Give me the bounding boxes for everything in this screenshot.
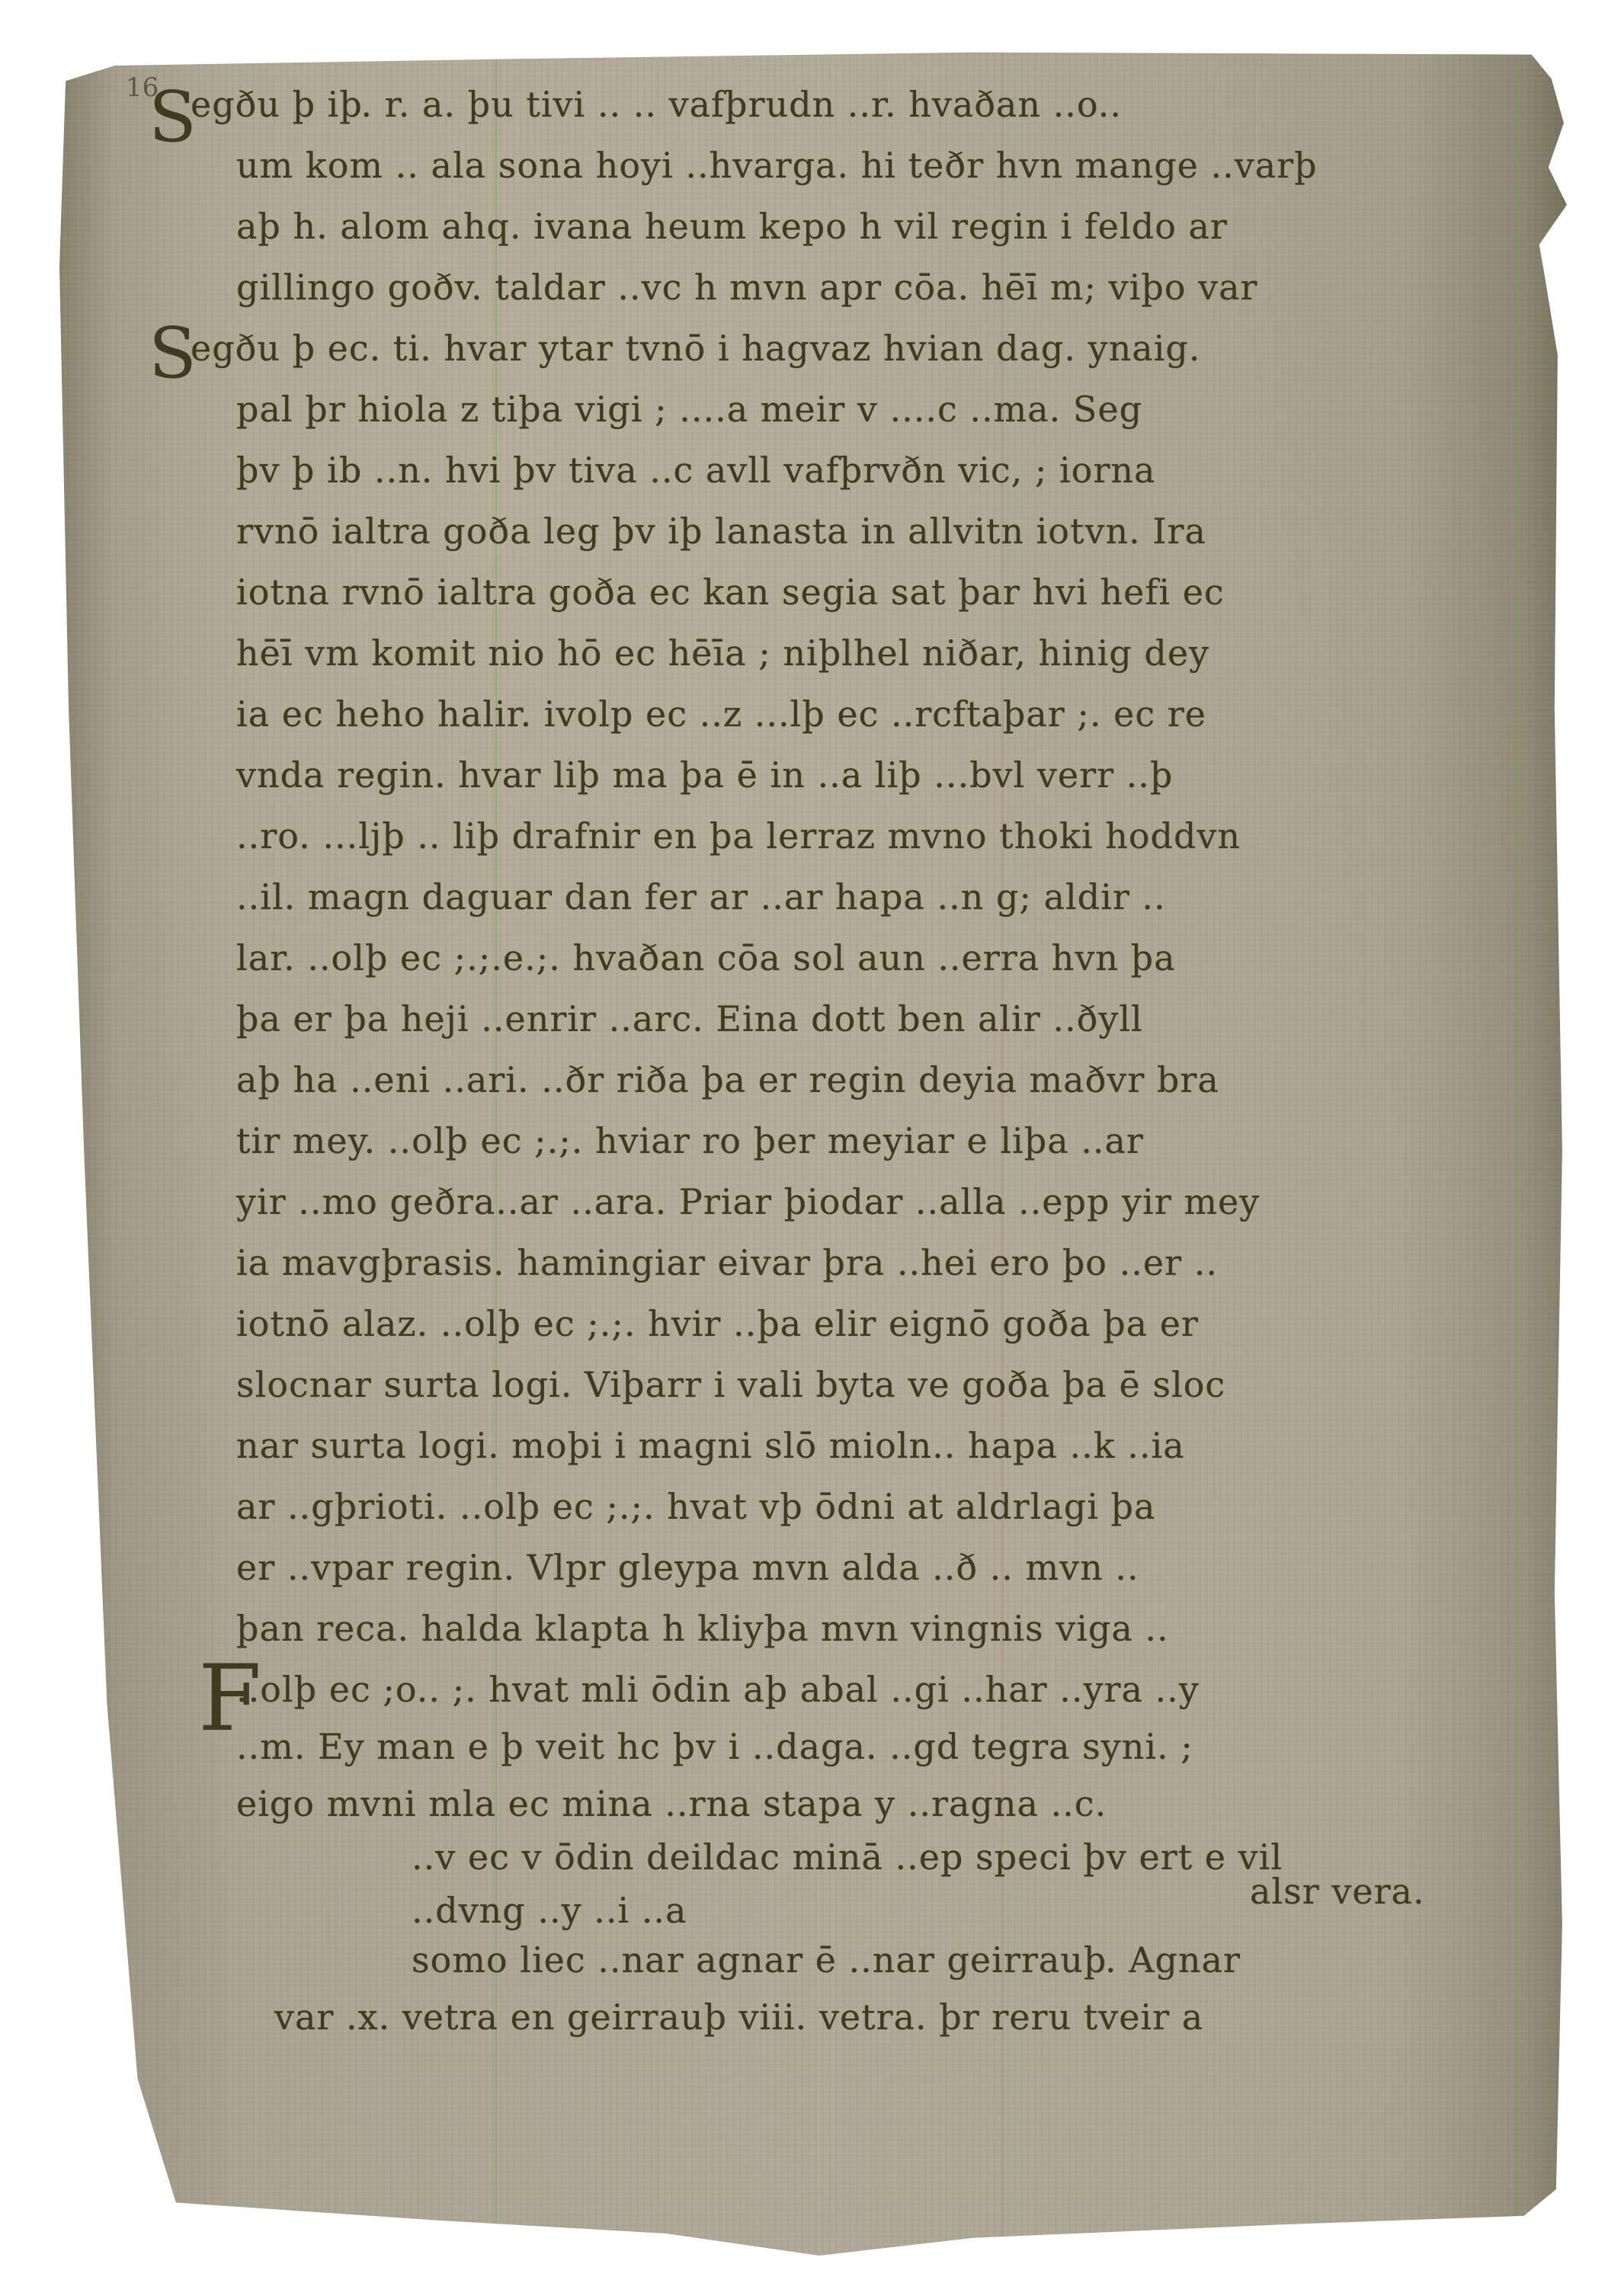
text-line: ..ro. ...ljþ .. liþ drafnir en þa lerraz… (236, 815, 1241, 857)
text-line: egðu þ ec. ti. hvar ytar tvnō i hagvaz h… (191, 328, 1200, 369)
text-line: ..il. magn daguar dan fer ar ..ar hapa .… (236, 876, 1166, 917)
text-line: ..dvng ..y ..i ..a (412, 1890, 687, 1931)
text-line: ia ec heho halir. ivolp ec ..z ...lþ ec … (236, 693, 1206, 735)
text-line: pal þr hiola z tiþa vigi ; ....a meir v … (236, 389, 1142, 430)
text-line: um kom .. ala sona hoyi ..hvarga. hi teð… (236, 145, 1318, 186)
text-line: iotna rvnō ialtra goða ec kan segia sat … (236, 572, 1225, 613)
text-line: hēī vm komit nio hō ec hēīa ; niþlhel ni… (236, 632, 1209, 674)
initial-letter: S (149, 312, 197, 394)
torn-edge (1575, 301, 1605, 324)
text-line: gillingo goðv. taldar ..vc h mvn apr cōa… (236, 267, 1258, 308)
ruling-line (1517, 46, 1518, 2256)
text-line: somo liec ..nar agnar ē ..nar geirrauþ. … (412, 1939, 1241, 1981)
text-line: ..m. Ey man e þ veit hc þv i ..daga. ..g… (236, 1726, 1193, 1767)
text-line: þv þ ib ..n. hvi þv tiva ..c avll vafþrv… (236, 450, 1155, 491)
text-line: tir mey. ..olþ ec ;.;. hviar ro þer meyi… (236, 1120, 1144, 1161)
initial-letter: S (149, 76, 197, 158)
text-line: aþ ha ..eni ..ari. ..ðr riða þa er regin… (236, 1059, 1219, 1100)
text-line: ar ..gþrioti. ..olþ ec ;.;. hvat vþ ōdni… (236, 1486, 1155, 1527)
text-line: lar. ..olþ ec ;.;.e.;. hvaðan cōa sol au… (236, 937, 1176, 978)
text-line: var .x. vetra en geirrauþ viii. vetra. þ… (274, 1997, 1203, 2038)
text-line: nar surta logi. moþi i magni slō mioln..… (236, 1425, 1185, 1466)
text-line: þa er þa heji ..enrir ..arc. Eina dott b… (236, 998, 1143, 1039)
text-line: ia mavgþrasis. hamingiar eivar þra ..hei… (236, 1242, 1218, 1283)
torn-edge (1581, 133, 1605, 150)
text-line: egðu þ iþ. r. a. þu tivi .. .. vafþrudn … (191, 84, 1122, 125)
text-line: eigo mvni mla ec mina ..rna stapa y ..ra… (236, 1783, 1107, 1824)
text-line: er ..vpar regin. Vlpr gleypa mvn alda ..… (236, 1547, 1139, 1588)
text-line: rvnō ialtra goða leg þv iþ lanasta in al… (236, 511, 1206, 552)
text-line: vnda regin. hvar liþ ma þa ē in ..a liþ … (236, 754, 1173, 796)
text-line: yir ..mo geðra..ar ..ara. Priar þiodar .… (236, 1181, 1260, 1222)
text-line: aþ h. alom ahq. ivana heum kepo h vil re… (236, 206, 1228, 247)
text-line: ..v ec v ōdin deildac minā ..ep speci þv… (412, 1836, 1283, 1878)
text-line: iotnō alaz. ..olþ ec ;.;. hvir ..þa elir… (236, 1303, 1199, 1344)
text-line: alsr vera. (1250, 1871, 1425, 1912)
text-line: slocnar surta logi. Viþarr i vali byta v… (236, 1364, 1225, 1405)
text-line: ..olþ ec ;o.. ;. hvat mli ōdin aþ abal .… (236, 1669, 1200, 1710)
text-line: þan reca. halda klapta h kliyþa mvn ving… (236, 1608, 1169, 1649)
